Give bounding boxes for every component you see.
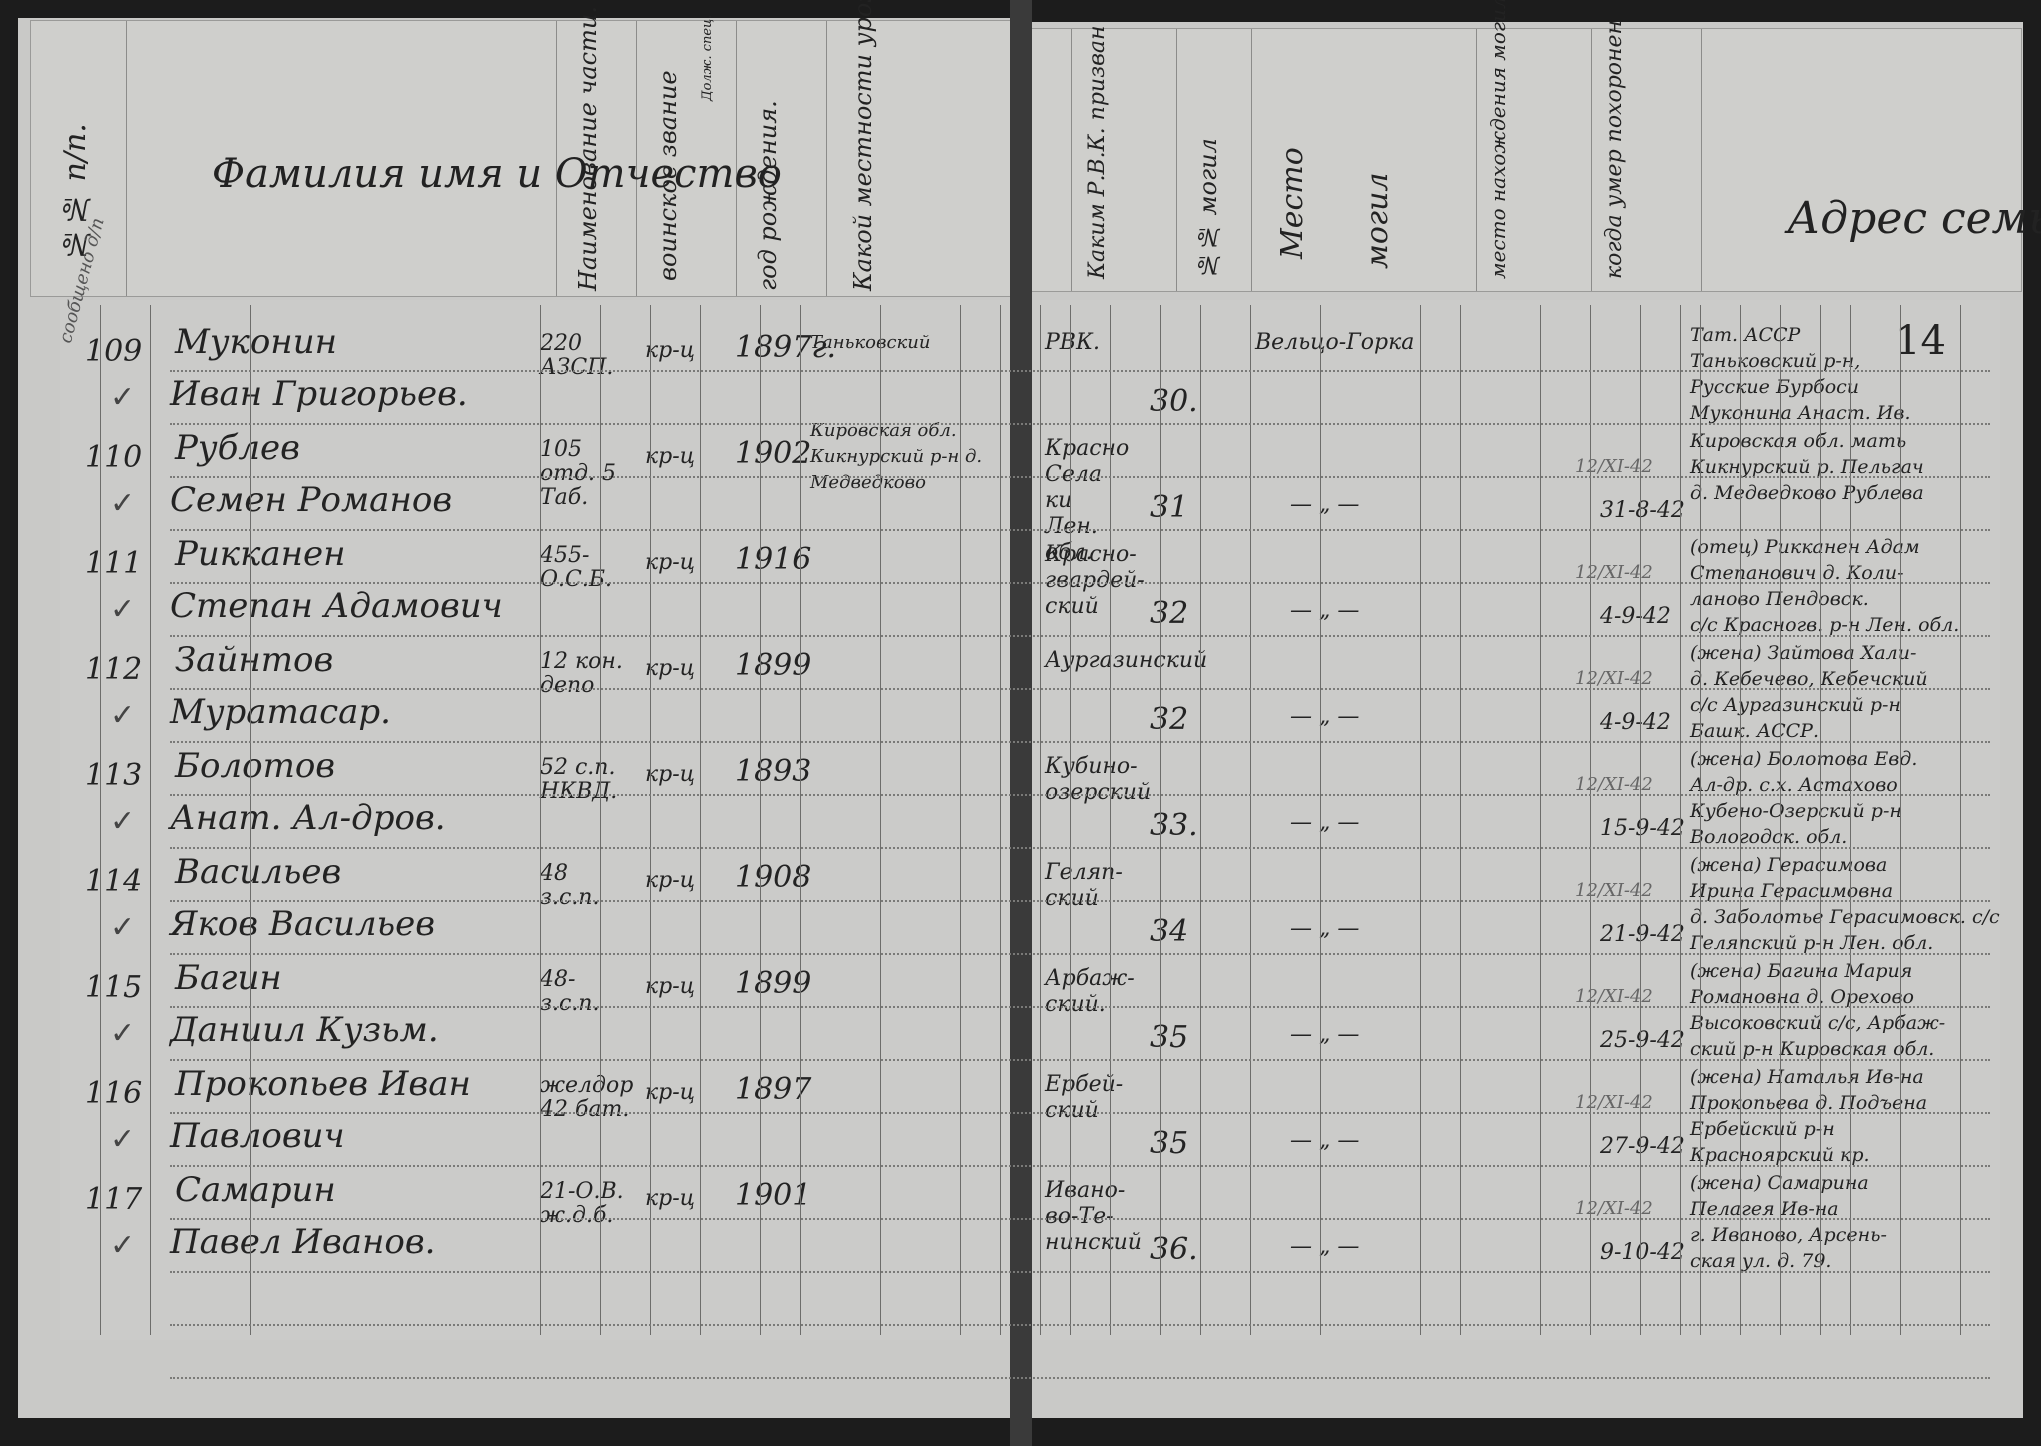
record-rank: кр-ц — [645, 762, 695, 787]
record-address-line: (жена) Багина Мария — [1690, 960, 1912, 982]
record-rvk: РВК. — [1045, 330, 1115, 356]
record-surname: Муконин — [175, 322, 337, 362]
record-address-line: Романовна д. Орехово — [1690, 986, 1914, 1008]
grid-row-line — [170, 1112, 1990, 1114]
record-surname: Зайнтов — [175, 640, 333, 680]
record-address-line: с/с Аургазинский р-н — [1690, 694, 1901, 716]
grid-column-line — [1250, 305, 1251, 1335]
record-given-name: Даниил Кузьм. — [170, 1010, 439, 1050]
check-mark-icon: ✓ — [110, 804, 135, 839]
record-grave-number: 31 — [1150, 490, 1188, 525]
header-rank-note: Долж. спец. — [691, 41, 725, 101]
record-birthplace: Кировская обл. Кикнурский р-н д. Медведк… — [810, 418, 1000, 496]
record-address-line: (отец) Рикканен Адам — [1690, 536, 1920, 558]
record-date-died: 25-9-42 — [1600, 1028, 1685, 1053]
record-address-line: Русские Бурбоси — [1690, 376, 1859, 398]
grid-column-line — [1110, 305, 1111, 1335]
record-surname: Васильев — [175, 852, 341, 892]
record-unit: 105 отд. 5 Таб. — [540, 438, 630, 510]
grid-column-line — [100, 305, 101, 1335]
grid-row-line — [170, 953, 1990, 955]
record-address-line: д. Медведково Рублева — [1690, 482, 1924, 504]
record-rank: кр-ц — [645, 1186, 695, 1211]
record-address-line: Тат. АССР — [1690, 324, 1800, 346]
record-given-name: Степан Адамович — [170, 586, 503, 626]
grid-column-line — [1640, 305, 1641, 1335]
record-date-died: 31-8-42 — [1600, 498, 1685, 523]
grid-row-line — [170, 476, 1990, 478]
record-date-buried: 12/XI-42 — [1575, 1198, 1653, 1219]
header-place: Место — [1276, 109, 1310, 259]
grid-column-line — [1420, 305, 1421, 1335]
record-address-line: Ербейский р-н — [1690, 1118, 1835, 1140]
record-date-buried: 12/XI-42 — [1575, 562, 1653, 583]
record-given-name: Анат. Ал-дров. — [170, 798, 446, 838]
record-number: 117 — [85, 1182, 142, 1217]
header-grave-no: №№ могил — [1191, 99, 1225, 279]
record-grave-place: — „ — — [1290, 1128, 1359, 1153]
record-given-name: Павлович — [170, 1116, 345, 1156]
record-number: 111 — [85, 546, 142, 581]
grid-row-line — [170, 582, 1990, 584]
book-spine — [1010, 0, 1032, 1446]
header-unit: Наименование части. — [571, 41, 605, 291]
grid-column-line — [1070, 305, 1071, 1335]
record-grave-place: — „ — — [1290, 810, 1359, 835]
check-mark-icon: ✓ — [110, 698, 135, 733]
record-grave-place: — „ — — [1290, 916, 1359, 941]
record-number: 110 — [85, 440, 142, 475]
grid-row-line — [170, 847, 1990, 849]
record-given-name: Павел Иванов. — [170, 1222, 435, 1262]
grid-row-line — [170, 794, 1990, 796]
grid-column-line — [700, 305, 701, 1335]
grid-column-line — [1700, 305, 1701, 1335]
record-surname: Рикканен — [175, 534, 346, 574]
record-rank: кр-ц — [645, 974, 695, 999]
check-mark-icon: ✓ — [110, 910, 135, 945]
record-address-line: Таньковский р-н, — [1690, 350, 1860, 372]
grid-row-line — [170, 635, 1990, 637]
record-given-name: Муратасар. — [170, 692, 391, 732]
grid-row-line — [170, 1324, 1990, 1326]
grid-column-line — [1000, 305, 1001, 1335]
record-date-buried: 12/XI-42 — [1575, 1092, 1653, 1113]
record-date-died: 15-9-42 — [1600, 816, 1685, 841]
record-grave-number: 32 — [1150, 596, 1188, 631]
record-grave-number: 32 — [1150, 702, 1188, 737]
record-unit: 48 з.с.п. — [540, 862, 630, 910]
grid-column-line — [600, 305, 601, 1335]
page-number: 14 — [1895, 318, 1946, 364]
grid-column-line — [1780, 305, 1781, 1335]
record-address-line: Высоковский с/с, Арбаж- — [1690, 1012, 1945, 1034]
record-date-died: 4-9-42 — [1600, 710, 1671, 735]
record-address-line: Ал-др. с.х. Астахово — [1690, 774, 1898, 796]
record-grave-place: — „ — — [1290, 1022, 1359, 1047]
record-date-buried: 12/XI-42 — [1575, 456, 1653, 477]
record-address-line: Вологодск. обл. — [1690, 826, 1847, 848]
grid-row-line — [170, 688, 1990, 690]
record-unit: 21-О.В. ж.д.б. — [540, 1180, 630, 1228]
header-birth-year: год рождения. — [751, 61, 785, 291]
grid-column-line — [150, 305, 151, 1335]
record-address-line: Кубено-Озерский р-н — [1690, 800, 1902, 822]
grid-row-line — [170, 1377, 1990, 1379]
record-date-buried: 12/XI-42 — [1575, 986, 1653, 1007]
record-address-line: с/с Красногв. р-н Лен. обл. — [1690, 614, 1959, 636]
record-number: 115 — [85, 970, 142, 1005]
check-mark-icon: ✓ — [110, 1016, 135, 1051]
record-address-line: Пелагея Ив-на — [1690, 1198, 1839, 1220]
record-address-line: д. Кебечево, Кебечский — [1690, 668, 1928, 690]
record-grave-number: 35 — [1150, 1020, 1188, 1055]
record-address-line: Ирина Герасимовна — [1690, 880, 1893, 902]
record-surname: Болотов — [175, 746, 335, 786]
header-left: №№ п/п. Фамилия имя и Отчество Наименова… — [30, 20, 1012, 297]
grid-row-line — [170, 1006, 1990, 1008]
record-rank: кр-ц — [645, 656, 695, 681]
record-grave-place: — „ — — [1290, 492, 1359, 517]
header-birthplace: Какой местности уроженец. — [846, 61, 880, 291]
record-date-buried: 12/XI-42 — [1575, 668, 1653, 689]
grid-column-line — [1320, 305, 1321, 1335]
header-grave-loc: место нахождения могил. — [1486, 89, 1510, 279]
record-surname: Рублев — [175, 428, 300, 468]
record-rvk: Кубино- озерский — [1045, 754, 1115, 806]
record-date-buried: 12/XI-42 — [1575, 774, 1653, 795]
grid-row-line — [170, 900, 1990, 902]
record-address-line: Геляпский р-н Лен. обл. — [1690, 932, 1933, 954]
record-number: 116 — [85, 1076, 142, 1111]
grid-column-line — [1590, 305, 1591, 1335]
check-mark-icon: ✓ — [110, 1228, 135, 1263]
record-grave-place: — „ — — [1290, 598, 1359, 623]
grid-column-line — [1740, 305, 1741, 1335]
record-grave-number: 34 — [1150, 914, 1188, 949]
record-address-line: Степанович д. Коли- — [1690, 562, 1904, 584]
record-date-buried: 12/XI-42 — [1575, 880, 1653, 901]
header-date: когда умер похоронен — [1601, 89, 1629, 279]
record-number: 114 — [85, 864, 142, 899]
grid-column-line — [880, 305, 881, 1335]
record-rank: кр-ц — [645, 550, 695, 575]
record-number: 112 — [85, 652, 142, 687]
grid-column-line — [960, 305, 961, 1335]
record-date-died: 4-9-42 — [1600, 604, 1671, 629]
record-unit: 12 кон. депо — [540, 650, 630, 698]
record-date-died: 21-9-42 — [1600, 922, 1685, 947]
grid-row-line — [170, 370, 1990, 372]
record-address-line: д. Заболотье Герасимовск. с/с — [1690, 906, 2000, 928]
grid-column-line — [1540, 305, 1541, 1335]
grid-column-line — [250, 305, 251, 1335]
grid-column-line — [1960, 305, 1961, 1335]
header-rvk: Каким Р.В.К. призван — [1081, 69, 1115, 279]
grid-row-line — [170, 529, 1990, 531]
record-address-line: г. Иваново, Арсень- — [1690, 1224, 1887, 1246]
record-given-name: Семен Романов — [170, 480, 452, 520]
record-grave-place: — „ — — [1290, 1234, 1359, 1259]
grid-column-line — [1680, 305, 1681, 1335]
record-date-died: 27-9-42 — [1600, 1134, 1685, 1159]
grid-column-line — [1160, 305, 1161, 1335]
record-rvk: Арбаж- ский. — [1045, 966, 1115, 1018]
record-address-line: (жена) Герасимова — [1690, 854, 1887, 876]
record-grave-place: — „ — — [1290, 704, 1359, 729]
record-number: 109 — [85, 334, 142, 369]
record-grave-number: 30. — [1150, 384, 1198, 419]
record-rank: кр-ц — [645, 444, 695, 469]
grid-row-line — [170, 1218, 1990, 1220]
record-given-name: Иван Григорьев. — [170, 374, 468, 414]
record-number: 113 — [85, 758, 142, 793]
record-address-line: Муконина Анаст. Ив. — [1690, 402, 1911, 424]
record-grave-number: 33. — [1150, 808, 1198, 843]
record-address-line: (жена) Наталья Ив-на — [1690, 1066, 1924, 1088]
grid-column-line — [1900, 305, 1901, 1335]
grid-column-line — [760, 305, 761, 1335]
record-unit: 455- О.С.Б. — [540, 544, 630, 592]
check-mark-icon: ✓ — [110, 592, 135, 627]
grid-column-line — [650, 305, 651, 1335]
grid-column-line — [1040, 305, 1041, 1335]
record-given-name: Яков Васильев — [170, 904, 435, 944]
grid-column-line — [800, 305, 801, 1335]
record-birthplace: Таньковский — [810, 330, 1000, 356]
header-rank: воинское звание — [651, 81, 685, 281]
record-unit: 52 с.п. НКВД. — [540, 756, 630, 804]
grid-row-line — [170, 423, 1990, 425]
record-grave-number: 36. — [1150, 1232, 1198, 1267]
record-unit: 48-з.с.п. — [540, 968, 630, 1016]
record-surname: Прокопьев Иван — [175, 1064, 471, 1104]
record-rvk: Ербей- ский — [1045, 1072, 1115, 1124]
record-address-line: Кикнурский р. Пельгач — [1690, 456, 1924, 478]
record-address-line: ская ул. д. 79. — [1690, 1250, 1831, 1272]
record-unit: желдор 42 бат. — [540, 1074, 630, 1122]
record-rvk: Красно- гвардей- ский — [1045, 542, 1115, 620]
record-address-line: Кировская обл. мать — [1690, 430, 1906, 452]
record-surname: Самарин — [175, 1170, 336, 1210]
record-date-died: 9-10-42 — [1600, 1240, 1685, 1265]
grid-column-line — [1820, 305, 1821, 1335]
grid-row-line — [170, 1059, 1990, 1061]
record-grave-place: Вельцо-Горка — [1255, 330, 1414, 355]
header-right: Каким Р.В.К. призван №№ могил Место моги… — [1030, 28, 2022, 292]
record-rank: кр-ц — [645, 338, 695, 363]
grid-column-line — [1460, 305, 1461, 1335]
grid-column-line — [1850, 305, 1851, 1335]
record-grave-number: 35 — [1150, 1126, 1188, 1161]
check-mark-icon: ✓ — [110, 486, 135, 521]
record-unit: 220 АЗСП. — [540, 332, 630, 380]
record-address-line: (жена) Болотова Евд. — [1690, 748, 1917, 770]
record-rvk: Геляп- ский — [1045, 860, 1115, 912]
header-grave: могил — [1361, 89, 1395, 269]
check-mark-icon: ✓ — [110, 380, 135, 415]
grid-column-line — [540, 305, 541, 1335]
record-rank: кр-ц — [645, 868, 695, 893]
record-address-line: ский р-н Кировская обл. — [1690, 1038, 1934, 1060]
grid-row-line — [170, 741, 1990, 743]
record-rvk: Аургазинский — [1045, 648, 1115, 674]
grid-row-line — [170, 1271, 1990, 1273]
record-address-line: Башк. АССР. — [1690, 720, 1819, 742]
grid-row-line — [170, 1165, 1990, 1167]
check-mark-icon: ✓ — [110, 1122, 135, 1157]
record-rvk: Ивано- во-Те- нинский — [1045, 1178, 1115, 1256]
header-name: Фамилия имя и Отчество — [161, 81, 521, 267]
record-rank: кр-ц — [645, 1080, 695, 1105]
record-address-line: Прокопьева д. Подъена — [1690, 1092, 1927, 1114]
record-address-line: (жена) Зайтова Хали- — [1690, 642, 1916, 664]
record-surname: Багин — [175, 958, 282, 998]
grid-column-line — [1200, 305, 1201, 1335]
